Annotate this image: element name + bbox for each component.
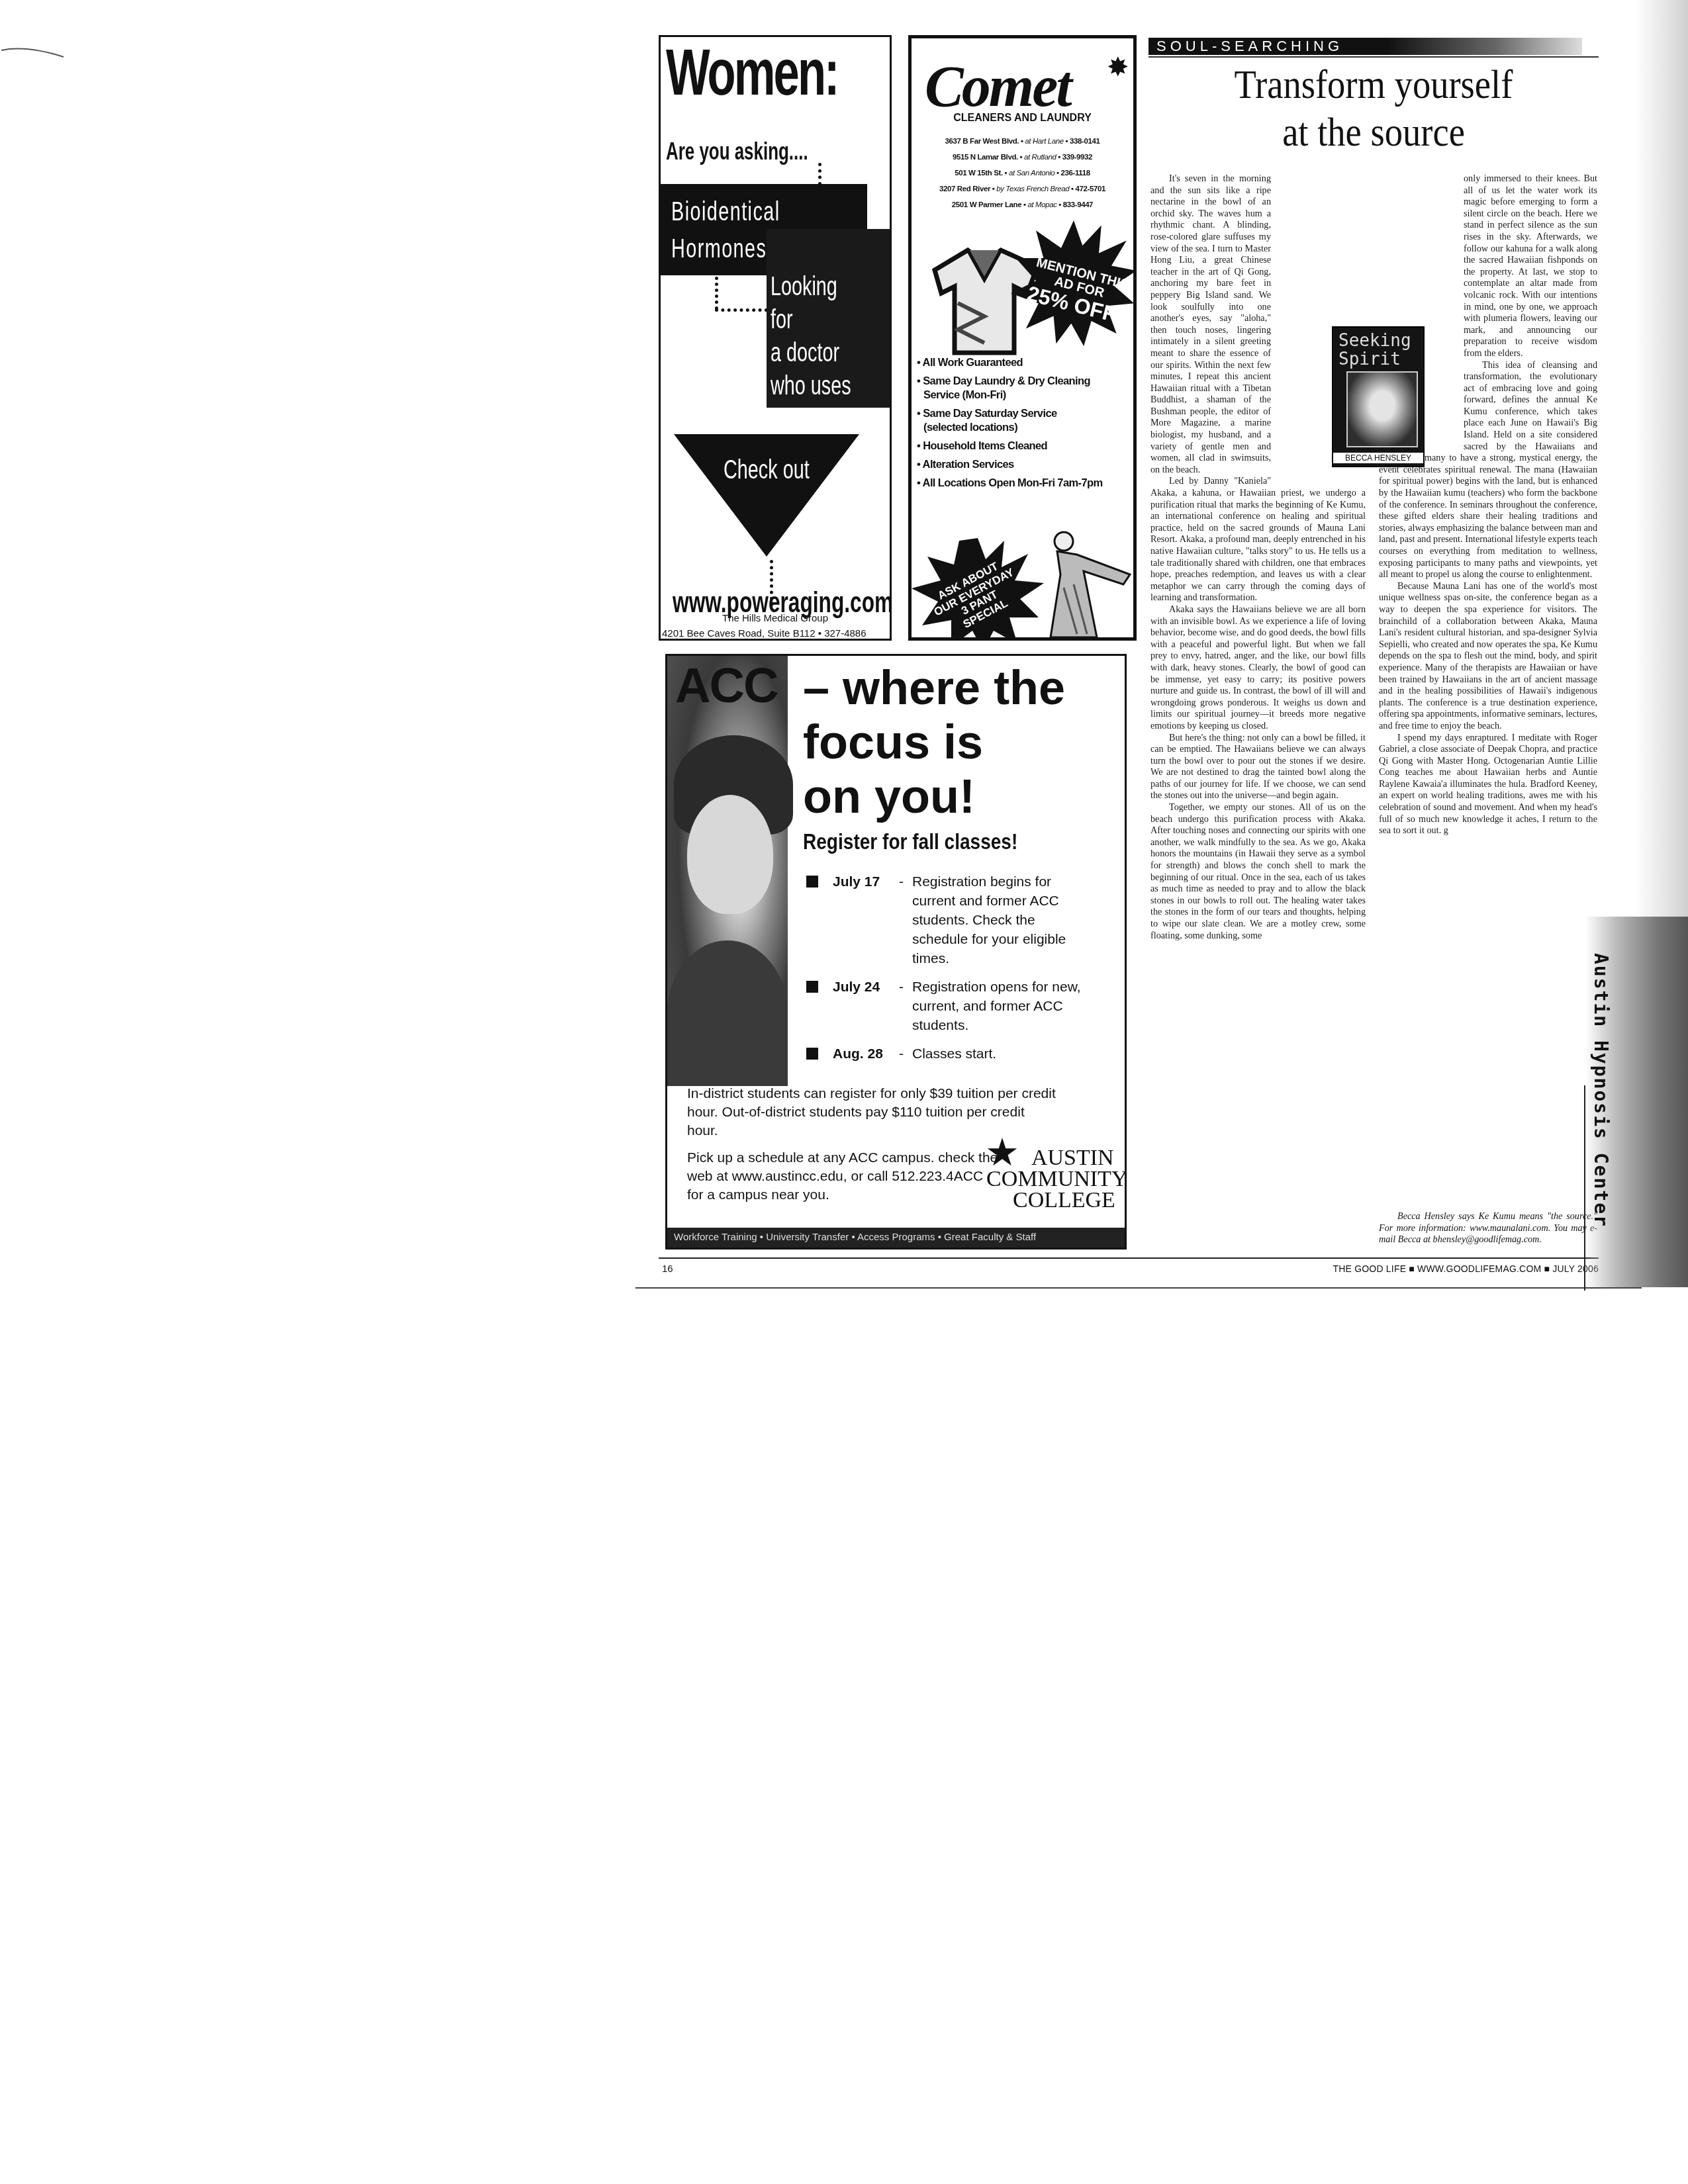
vertical-stamp-text: Austin Hypnosis Center <box>1585 953 1612 1284</box>
feature-item: Same Day Saturday Service (selected loca… <box>917 407 1076 435</box>
author-name: BECCA HENSLEY <box>1333 453 1423 463</box>
feature-list: All Work Guaranteed Same Day Laundry & D… <box>917 356 1103 495</box>
article-column-2: only immersed to their knees. But all of… <box>1379 173 1597 837</box>
author-bio: Becca Hensley says Ke Kumu means "the so… <box>1379 1211 1597 1246</box>
article-column-1: It's seven in the morning and the sun si… <box>1150 173 1366 942</box>
bullet-square-icon <box>806 1048 818 1060</box>
location-item: 2501 W Parmer Lane • at Mopac • 833-9447 <box>912 197 1133 213</box>
feature-item: All Locations Open Mon-Fri 7am-7pm <box>917 477 1103 490</box>
dotted-connector <box>715 308 768 312</box>
scan-edge-shadow <box>1635 0 1688 920</box>
women-hormones-ad: Women: Are you asking.... Bioidentical H… <box>659 35 892 641</box>
paragraph: Akaka says the Hawaiians believe we are … <box>1150 604 1366 733</box>
paragraph: Together, we empty our stones. All of us… <box>1150 802 1366 942</box>
date-item: Aug. 28-Classes start. <box>806 1044 1124 1064</box>
location-item: 501 W 15th St. • at San Antonio • 236-11… <box>912 165 1133 181</box>
doctor-box: Looking for a doctor who uses them? <box>767 229 892 408</box>
author-bio-text: Becca Hensley says Ke Kumu means "the so… <box>1379 1211 1597 1246</box>
medical-group-address: 4201 Bee Caves Road, Suite B112 • 327-48… <box>662 628 867 639</box>
bioidentical-text: Bioidentical Hormones? <box>671 193 780 267</box>
bullet-square-icon <box>806 876 818 887</box>
acc-logo: ★ AUSTIN COMMUNITY COLLEGE <box>985 1134 1124 1213</box>
schedule-info: Pick up a schedule at any ACC campus. ch… <box>687 1149 998 1205</box>
location-item: 3637 B Far West Blvd. • at Hart Lane • 3… <box>912 134 1133 150</box>
register-heading: Register for fall classes! <box>803 829 1017 854</box>
woman-figure-illustration <box>1037 528 1137 641</box>
column-badge-title: Seeking Spirit <box>1338 332 1411 369</box>
scan-mark <box>0 40 66 60</box>
acc-footer-bar: Workforce Training • University Transfer… <box>667 1228 1125 1248</box>
date-item: July 24-Registration opens for new, curr… <box>806 978 1124 1035</box>
medical-group-name: The Hills Medical Group <box>661 613 890 624</box>
arrow-down-icon <box>674 434 859 557</box>
comet-logo: Comet <box>925 58 1070 116</box>
author-photo <box>1346 371 1418 447</box>
doctor-text: Looking for a doctor who uses them? <box>771 270 859 435</box>
acc-college-ad: ACC – where the focus is on you! Registe… <box>665 654 1127 1250</box>
paragraph: I spend my days enraptured. I meditate w… <box>1379 733 1597 837</box>
acc-headline: – where the focus is on you! <box>803 661 1065 824</box>
check-out-text: Check out <box>724 455 810 485</box>
ad-question: Are you asking.... <box>666 138 808 165</box>
feature-item: All Work Guaranteed <box>917 356 1103 370</box>
paragraph: But here's the thing: not only can a bow… <box>1150 733 1366 803</box>
seeking-spirit-column-badge: Seeking Spirit BECCA HENSLEY <box>1332 326 1425 467</box>
dotted-connector <box>715 277 718 310</box>
page-bottom-rule <box>635 1287 1642 1289</box>
star-icon: ✸ <box>1107 52 1129 83</box>
paragraph: Led by Danny "Kaniela" Akaka, a kahuna, … <box>1150 476 1366 604</box>
feature-item: Household Items Cleaned <box>917 439 1103 453</box>
dotted-connector <box>818 163 821 185</box>
section-label: SOUL-SEARCHING <box>1149 38 1582 55</box>
feature-item: Same Day Laundry & Dry Cleaning Service … <box>917 375 1102 402</box>
footer-rule <box>659 1257 1599 1259</box>
publication-footer: THE GOOD LIFE ■ WWW.GOODLIFEMAG.COM ■ JU… <box>1291 1263 1599 1274</box>
section-label-text: SOUL-SEARCHING <box>1156 38 1343 54</box>
feature-item: Alteration Services <box>917 458 1103 472</box>
location-item: 3207 Red River • by Texas French Bread •… <box>912 181 1133 197</box>
comet-cleaners-ad: Comet ✸ CLEANERS AND LAUNDRY 3637 B Far … <box>908 35 1137 641</box>
photo-body <box>667 940 788 1086</box>
photo-face <box>687 795 773 914</box>
comet-subtitle: CLEANERS AND LAUNDRY <box>912 113 1133 124</box>
acc-acronym: ACC <box>675 661 777 710</box>
ad-title: Women: <box>666 40 838 105</box>
registration-dates: July 17-Registration begins for current … <box>806 872 1124 1073</box>
location-item: 9515 N Lamar Blvd. • at Rutland • 339-99… <box>912 150 1133 165</box>
location-list: 3637 B Far West Blvd. • at Hart Lane • 3… <box>912 134 1133 213</box>
article-headline: Transform yourself at the source <box>1176 61 1571 156</box>
student-photo <box>667 656 788 1086</box>
paragraph: Because Mauna Lani has one of the world'… <box>1379 581 1597 733</box>
section-rule <box>1149 56 1599 58</box>
date-item: July 17-Registration begins for current … <box>806 872 1124 968</box>
page-number: 16 <box>662 1263 673 1275</box>
bullet-square-icon <box>806 981 818 993</box>
